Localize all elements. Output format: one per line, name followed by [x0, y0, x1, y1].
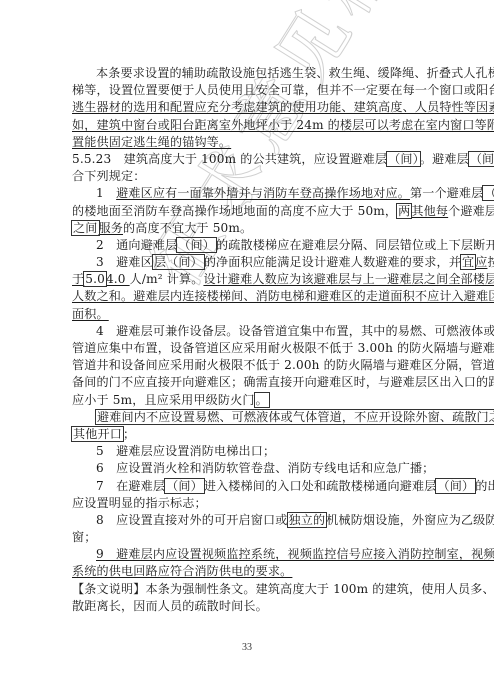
revision-box: （间）: [483, 186, 494, 200]
text-run: 窗；: [72, 530, 97, 544]
text-line: 如，建筑中窗台或阳台距离室外地坪小于 24m 的楼层可以考虑在室内窗口等附近设: [72, 117, 434, 134]
revision-box: （间）: [165, 479, 204, 493]
text-line: 管道应集中布置，设备管道区应采用耐火极限不低于 3.00h 的防火隔墙与避难区分…: [72, 340, 434, 357]
text-run: 进入楼梯间的入口处和疏散楼梯通向避难层: [204, 479, 437, 493]
text-run: 。避难层: [420, 152, 469, 166]
revision-box: （间）: [387, 152, 420, 166]
text-run: 应设置明显的指示标志；: [72, 496, 207, 510]
text-run: 5.5.23 建筑高度大于 100m 的公共建筑，应设置避难层: [72, 152, 387, 166]
revision-box: 独立的: [288, 513, 327, 527]
text-run: 1: [96, 186, 116, 200]
text-line: 5 避难层应设置消防电梯出口；: [72, 443, 434, 460]
underlined-text: 系统的供电回路应符合消防供电的要求。: [72, 564, 292, 578]
text-run: 5 避难层应设置消防电梯出口；: [96, 444, 275, 458]
text-line: 6 应设置消火栓和消防软管卷盘、消防专线电话和应急广播；: [72, 460, 434, 477]
text-line: 人数之和。避难层内连接楼梯间、消防电梯和避难区的走道面积不应计入避难区的净: [72, 288, 434, 305]
underlined-text: 其他每: [411, 204, 448, 218]
text-line: 4 避难层可兼作设备层。设备管道宜集中布置，其中的易燃、可燃液体或气体: [72, 323, 434, 340]
text-run: 8 应设置直接对外的可开启窗口或: [96, 513, 288, 527]
text-line: 应设置明显的指示标志；: [72, 495, 434, 512]
text-run: 的出口处，: [475, 479, 494, 493]
revision-box: 之间: [72, 221, 99, 235]
text-line: 备间的门不应直接开向避难区；确需直接开向避难区时，与避难层区出入口的距离不: [72, 374, 434, 391]
text-line: 面积。: [72, 306, 434, 323]
text-run: 7 在避难层: [96, 479, 165, 493]
text-run: 的净面积应能满足设计避难人数避难的要求，并: [204, 255, 461, 269]
text-line: 避难间内不应设置易燃、可燃液体或气体管道，不应开设除外窗、疏散门之外的: [72, 409, 434, 426]
text-line: 本条要求设置的辅助疏散设施包括逃生袋、救生绳、缓降绳、折叠式人孔梯、滑: [72, 65, 434, 82]
text-run: 按: [487, 255, 494, 269]
text-line: 7 在避难层（间）进入楼梯间的入口处和疏散楼梯通向避难层（间）的出口处，: [72, 478, 434, 495]
text-line: 窗；: [72, 529, 434, 546]
text-line: 逃生器材的选用和配置应充分考虑建筑的使用功能、建筑高度、人员特性等因素。例: [72, 99, 434, 116]
underlined-text: 如，建筑中窗台或阳台距离室外地坪小于 24m 的楼层可以考虑在室内窗口等附近设: [72, 118, 494, 132]
text-line: 2 通向避难层（间）的疏散楼梯应在避难层分隔、同层错位或上下层断开；: [72, 237, 434, 254]
underlined-text: 于: [72, 272, 84, 286]
revision-box: 层（间）: [153, 255, 204, 269]
underlined-text: 置能供固定逃生绳的锚钩等。: [72, 135, 231, 149]
text-run: 合下列规定：: [72, 169, 145, 183]
text-run: 管道应集中布置，设备管道区应采用耐火极限不低于 3.00h 的防火隔墙与避难区分…: [72, 341, 494, 355]
text-line: 8 应设置直接对外的可开启窗口或独立的机械防烟设施，外窗应为乙级防火: [72, 512, 434, 529]
text-line: 9 避难层内应设置视频监控系统，视频监控信号应接入消防控制室，视频监控: [72, 546, 434, 563]
underlined-text: 4.0: [106, 272, 130, 286]
text-line: 置能供固定逃生绳的锚钩等。: [72, 134, 434, 151]
text-line: 1 避难区应有一面靠外墙并与消防车登高操作场地对应。第一个避难层（间）: [72, 185, 434, 202]
text-line: 5.5.23 建筑高度大于 100m 的公共建筑，应设置避难层（间）。避难层（间…: [72, 151, 434, 168]
text-line: 合下列规定：: [72, 168, 434, 185]
underlined-text: 设计避难人数应为该避难层与上一避难层之间全部楼层的使用: [203, 272, 494, 286]
text-run: 机械防烟设施，外窗应为乙级防火: [326, 513, 494, 527]
text-run: 的楼地面至消防车登高操作场地地面的高度不应大于 50m，: [72, 204, 397, 218]
underlined-text: 人数之和。避难层内连接楼梯间、消防电梯和避难区的走道面积不应计入避难区的净: [72, 289, 494, 303]
text-run: ；: [123, 427, 135, 441]
text-line: 系统的供电回路应符合消防供电的要求。: [72, 563, 434, 580]
text-line: 之间服务的高度不宜大于 50m。: [72, 220, 434, 237]
text-run: 第一个避难层: [410, 186, 483, 200]
text-line: 的楼地面至消防车登高操作场地地面的高度不应大于 50m，两其他每个避难层（间）: [72, 203, 434, 220]
underlined-text: 服务: [99, 221, 124, 235]
text-run: 的高度不宜大于 50m。: [123, 221, 252, 235]
revision-box: （间）: [436, 479, 475, 493]
text-line: 管道井和设备间应采用耐火极限不低于 2.00h 的防火隔墙与避难区分隔，管道井和…: [72, 357, 434, 374]
underlined-text: 9 避难层内应设置视频监控系统，视频监控信号应接入消防控制室，视频监控: [96, 547, 494, 561]
revision-box: 两: [397, 204, 411, 218]
text-line: 梯等，设置位置要便于人员使用且安全可靠，但并不一定要在每一个窗口或阳台设置，: [72, 82, 434, 99]
underlined-text: 逃生器材的选用和配置应充分考虑建筑的使用功能、建筑高度、人员特性等因素。例: [72, 100, 494, 114]
revision-box: 。: [255, 393, 269, 407]
text-run: 散距离长，因而人员的疏散时间长。: [72, 599, 268, 613]
text-run: 【条文说明】本条为强制性条文。建筑高度大于 100m 的建筑，使用人员多、竖向疏: [72, 582, 494, 596]
revision-box: 避难间内不应设置易燃、可燃液体或气体管道，不应开设除外窗、疏散门之外的: [96, 410, 494, 424]
document-body: 本条要求设置的辅助疏散设施包括逃生袋、救生绳、缓降绳、折叠式人孔梯、滑梯等，设置…: [72, 65, 434, 615]
text-run: 本条要求设置的辅助疏散设施包括逃生袋、救生绳、缓降绳、折叠式人孔梯、滑: [96, 66, 494, 80]
text-run: 人/m² 计算。: [130, 272, 204, 286]
text-line: 散距离长，因而人员的疏散时间长。: [72, 598, 434, 615]
text-run: 的疏散楼梯应在避难层分隔、同层错位或上下层断开；: [216, 238, 494, 252]
underlined-text: 面积。: [72, 307, 109, 321]
text-line: 其他开口；: [72, 426, 434, 443]
text-run: 应小于 5m，且应采用甲级防火门: [72, 393, 255, 407]
revision-box: 5.0: [84, 272, 106, 286]
revision-box: 其他开口: [72, 427, 123, 441]
text-run: 备间的门不应直接开向避难区；确需直接开向避难区时，与避难层区出入口的距离不: [72, 375, 494, 389]
underlined-text: 应: [475, 255, 487, 269]
revision-box: （间）: [177, 238, 216, 252]
text-run: 3 避难区: [96, 255, 153, 269]
document-page: 征求意见稿 本条要求设置的辅助疏散设施包括逃生袋、救生绳、缓降绳、折叠式人孔梯、…: [0, 0, 494, 700]
text-run: 梯等，设置位置要便于人员使用且安全可靠，但并不一定要在每一个窗口或阳台设置，: [72, 83, 494, 97]
text-run: 个避难层: [448, 204, 494, 218]
text-run: 6 应设置消火栓和消防软管卷盘、消防专线电话和应急广播；: [96, 461, 434, 475]
page-number: 33: [0, 642, 494, 653]
text-line: 应小于 5m，且应采用甲级防火门。: [72, 392, 434, 409]
text-line: 【条文说明】本条为强制性条文。建筑高度大于 100m 的建筑，使用人员多、竖向疏: [72, 581, 434, 598]
text-run: 4 避难层可兼作设备层。设备管道宜集中布置，其中的易燃、可燃液体或气体: [96, 324, 494, 338]
text-run: 2 通向避难层: [96, 238, 177, 252]
revision-box: 宜: [461, 255, 475, 269]
revision-box: （间）: [469, 152, 494, 166]
text-run: 管道井和设备间应采用耐火极限不低于 2.00h 的防火隔墙与避难区分隔，管道井和…: [72, 358, 494, 372]
underlined-text: 避难区应有一面靠外墙并与消防车登高操作场地对应。: [116, 186, 410, 200]
text-line: 于5.04.0 人/m² 计算。设计避难人数应为该避难层与上一避难层之间全部楼层…: [72, 271, 434, 288]
text-line: 3 避难区层（间）的净面积应能满足设计避难人数避难的要求，并宜应按不大: [72, 254, 434, 271]
